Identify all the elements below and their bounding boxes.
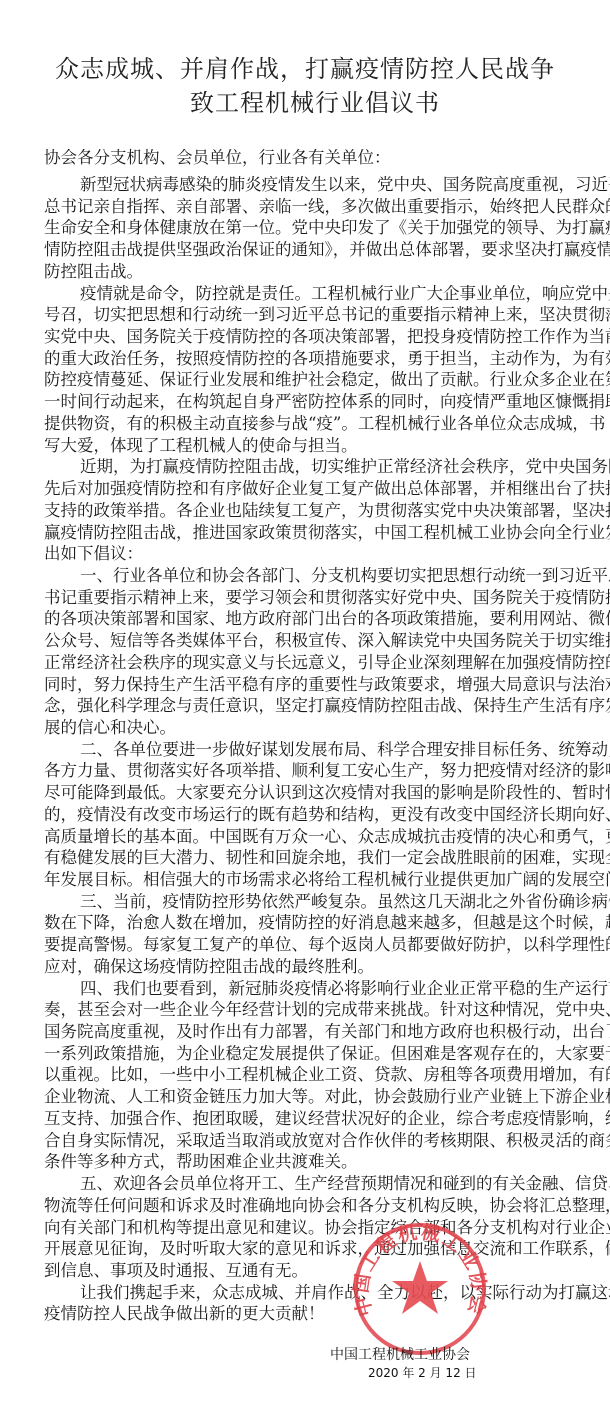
text-line: 同时，努力保持生产生活平稳有序的重要性与政策要求，增强大局意识与法治观 bbox=[44, 674, 567, 696]
text-line: 新型冠状病毒感染的肺炎疫情发生以来，党中央、国务院高度重视，习近平 bbox=[44, 174, 567, 196]
text-line: 的各项决策部署和国家、地方政府部门出台的各项政策措施，要利用网站、微信 bbox=[44, 608, 567, 630]
text-line: 公众号、短信等各类媒体平台，积极宣传、深入解读党中央国务院关于切实维护 bbox=[44, 630, 567, 652]
text-line: 奏，甚至会对一些企业今年经营计划的完成带来挑战。针对这种情况，党中央、 bbox=[44, 999, 567, 1021]
text-line: 生命安全和身体健康放在第一位。党中央印发了《关于加强党的领导、为打赢疫 bbox=[44, 217, 567, 239]
text-line: 以重视。比如，一些中小工程机械企业工资、贷款、房租等各项费用增加，有的 bbox=[44, 1064, 567, 1086]
document-title-line-1: 众志成城、并肩作战，打赢疫情防控人民战争 bbox=[0, 52, 610, 86]
text-line: 总书记亲自指挥、亲自部署、亲临一线，多次做出重要指示，始终把人民群众的 bbox=[44, 196, 567, 218]
text-line: 正常经济社会秩序的现实意义与长远意义，引导企业深刻理解在加强疫情防控的 bbox=[44, 652, 567, 674]
text-line: 疫情就是命令，防控就是责任。工程机械行业广大企事业单位，响应党中央 bbox=[44, 283, 567, 305]
text-line: 实党中央、国务院关于疫情防控的各项决策部署，把投身疫情防控工作作为当前 bbox=[44, 326, 567, 348]
document-body: 新型冠状病毒感染的肺炎疫情发生以来，党中央、国务院高度重视，习近平总书记亲自指挥… bbox=[44, 174, 574, 1325]
text-line: 一时间行动起来，在构筑起自身严密防控体系的同时，向疫情严重地区慷慨捐助， bbox=[44, 391, 567, 413]
text-line: 互支持、加强合作、抱团取暖，建议经营状况好的企业，综合考虑疫情影响，结 bbox=[44, 1108, 567, 1130]
text-line: 号召，切实把思想和行动统一到习近平总书记的重要指示精神上来，坚决贯彻落 bbox=[44, 304, 567, 326]
text-line: 支持的政策举措。各企业也陆续复工复产，为贯彻落实党中央决策部署，坚决打 bbox=[44, 500, 567, 522]
text-line: 企业物流、人工和资金链压力加大等。对此，协会鼓励行业产业链上下游企业相 bbox=[44, 1086, 567, 1108]
text-line: 高质量增长的基本面。中国既有万众一心、众志成城抗击疫情的决心和勇气，更 bbox=[44, 826, 567, 848]
text-line: 近期，为打赢疫情防控阻击战，切实维护正常经济社会秩序，党中央国务院 bbox=[44, 456, 567, 478]
official-seal: 中国工程机械工业协会 bbox=[350, 1219, 490, 1359]
signature: 中国工程机械工业协会 bbox=[330, 1346, 470, 1364]
text-line: 数在下降，治愈人数在增加，疫情防控的好消息越来越多，但越是这个时候，越 bbox=[44, 912, 567, 934]
text-line: 尽可能降到最低。大家要充分认识到这次疫情对我国的影响是阶段性的、暂时性 bbox=[44, 782, 567, 804]
text-line: 应对，确保这场疫情防控阻击战的最终胜利。 bbox=[44, 956, 567, 978]
text-line: 展的信心和决心。 bbox=[44, 717, 567, 739]
text-line: 二、各单位要进一步做好谋划发展布局、科学合理安排目标任务、统筹动员 bbox=[44, 739, 567, 761]
text-line: 一系列政策措施，为企业稳定发展提供了保证。但困难是客观存在的，大家要予 bbox=[44, 1043, 567, 1065]
document-date: 2020 年 2 月 12 日 bbox=[368, 1365, 477, 1381]
text-line: 念，强化科学理念与责任意识，坚定打赢疫情防控阻击战、保持生产生活有序发 bbox=[44, 695, 567, 717]
text-line: 写大爱，体现了工程机械人的使命与担当。 bbox=[44, 435, 567, 457]
text-line: 赢疫情防控阻击战，推进国家政策贯彻落实，中国工程机械工业协会向全行业发 bbox=[44, 522, 567, 544]
text-line: 的重大政治任务，按照疫情防控的各项措施要求，勇于担当，主动作为，为有效 bbox=[44, 348, 567, 370]
text-line: 物流等任何问题和诉求及时准确地向协会和各分支机构反映，协会将汇总整理， bbox=[44, 1195, 567, 1217]
text-line: 出如下倡议： bbox=[44, 543, 567, 565]
text-line: 情防控阻击战提供坚强政治保证的通知》，并做出总体部署，要求坚决打赢疫情 bbox=[44, 239, 567, 261]
salutation: 协会各分支机构、会员单位，行业各有关单位： bbox=[44, 147, 391, 168]
star-icon bbox=[392, 1261, 448, 1314]
document-title-line-2: 致工程机械行业倡议书 bbox=[0, 86, 610, 120]
text-line: 合自身实际情况，采取适当取消或放宽对合作伙伴的考核期限、积极灵活的商务 bbox=[44, 1130, 567, 1152]
text-line: 先后对加强疫情防控和有序做好企业复工复产做出总体部署，并相继出台了扶持 bbox=[44, 478, 567, 500]
text-line: 条件等多种方式，帮助困难企业共渡难关。 bbox=[44, 1151, 567, 1173]
text-line: 防控阻击战。 bbox=[44, 261, 567, 283]
text-line: 五、欢迎各会员单位将开工、生产经营预期情况和碰到的有关金融、信贷、 bbox=[44, 1173, 567, 1195]
text-line: 三、当前，疫情防控形势依然严峻复杂。虽然这几天湖北之外省份确诊病例 bbox=[44, 891, 567, 913]
text-line: 国务院高度重视，及时作出有力部署，有关部门和地方政府也积极行动，出台了 bbox=[44, 1021, 567, 1043]
text-line: 书记重要指示精神上来，要学习领会和贯彻落实好党中央、国务院关于疫情防控 bbox=[44, 587, 567, 609]
text-line: 一、行业各单位和协会各部门、分支机构要切实把思想行动统一到习近平总 bbox=[44, 565, 567, 587]
text-line: 提供物资，有的积极主动直接参与战“疫”。工程机械行业各单位众志成城，书 bbox=[44, 413, 567, 435]
text-line: 四、我们也要看到，新冠肺炎疫情必将影响行业企业正常平稳的生产运行节 bbox=[44, 978, 567, 1000]
text-line: 防控疫情蔓延、保证行业发展和维护社会稳定，做出了贡献。行业众多企业在第 bbox=[44, 369, 567, 391]
text-line: 年发展目标。相信强大的市场需求必将给工程机械行业提供更加广阔的发展空间。 bbox=[44, 869, 567, 891]
text-line: 的，疫情没有改变市场运行的既有趋势和结构，更没有改变中国经济长期向好、 bbox=[44, 804, 567, 826]
text-line: 各方力量、贯彻落实好各项举措、顺利复工安心生产，努力把疫情对经济的影响 bbox=[44, 760, 567, 782]
text-line: 要提高警惕。每家复工复产的单位、每个返岗人员都要做好防护，以科学理性的 bbox=[44, 934, 567, 956]
text-line: 有稳健发展的巨大潜力、韧性和回旋余地，我们一定会战胜眼前的困难，实现全 bbox=[44, 847, 567, 869]
